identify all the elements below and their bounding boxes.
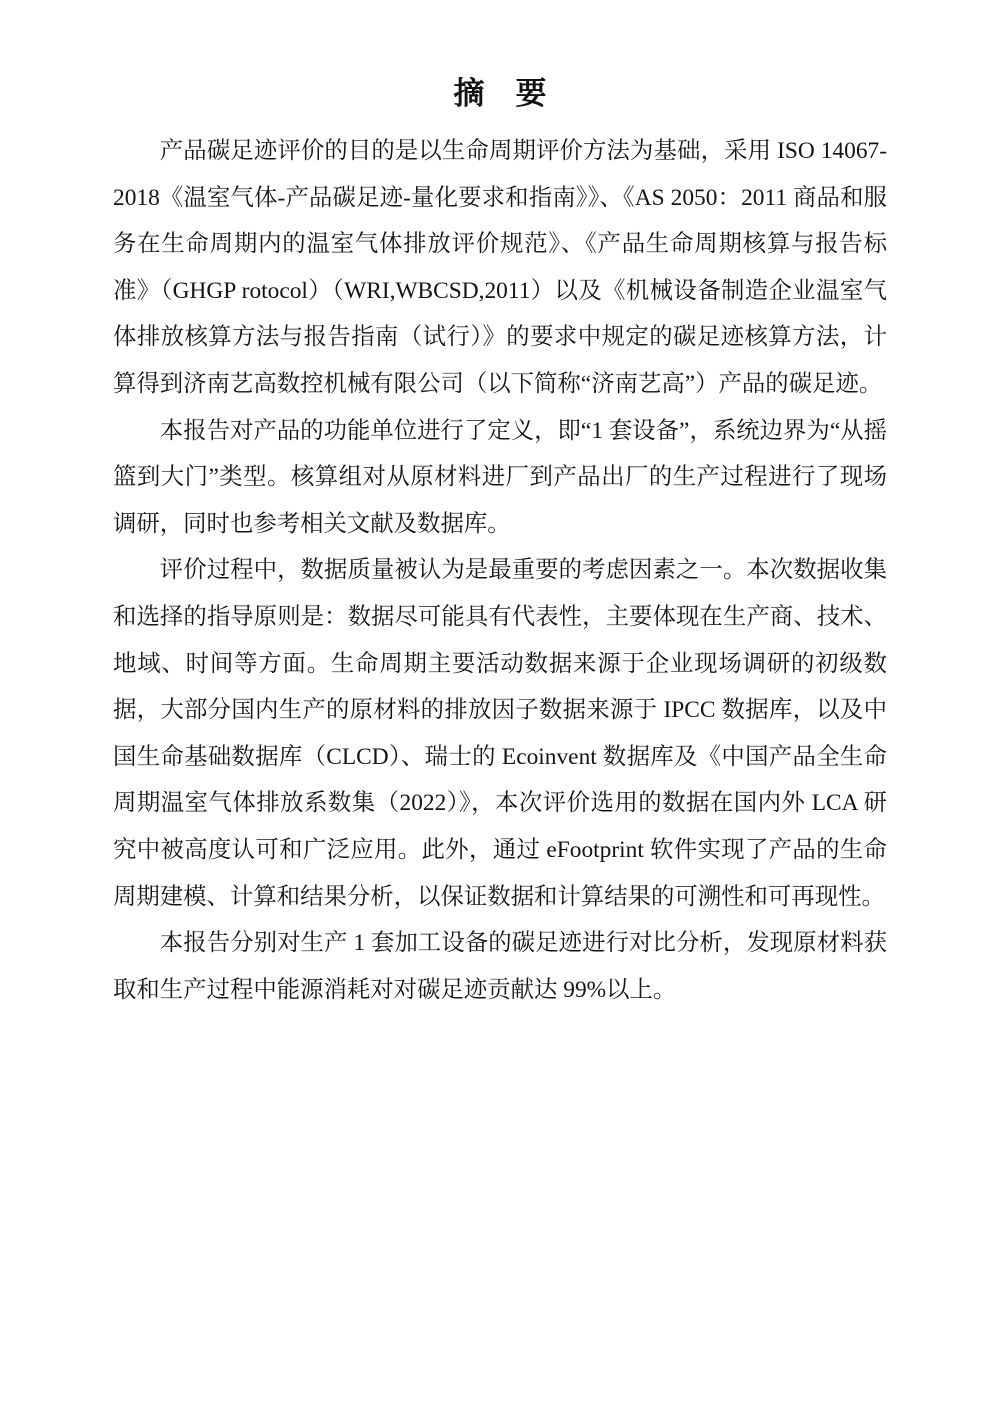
paragraph-data-quality: 评价过程中，数据质量被认为是最重要的考虑因素之一。本次数据收集和选择的指导原则是… xyxy=(113,547,887,920)
paragraph-functional-unit: 本报告对产品的功能单位进行了定义，即“1 套设备”，系统边界为“从摇篮到大门”类… xyxy=(113,408,887,548)
page-title: 摘 要 xyxy=(113,70,887,118)
document-page: 摘 要 产品碳足迹评价的目的是以生命周期评价方法为基础，采用 ISO 14067… xyxy=(0,0,1000,1415)
paragraph-conclusion: 本报告分别对生产 1 套加工设备的碳足迹进行对比分析，发现原材料获取和生产过程中… xyxy=(113,920,887,1013)
paragraph-methodology: 产品碳足迹评价的目的是以生命周期评价方法为基础，采用 ISO 14067-201… xyxy=(113,128,887,408)
